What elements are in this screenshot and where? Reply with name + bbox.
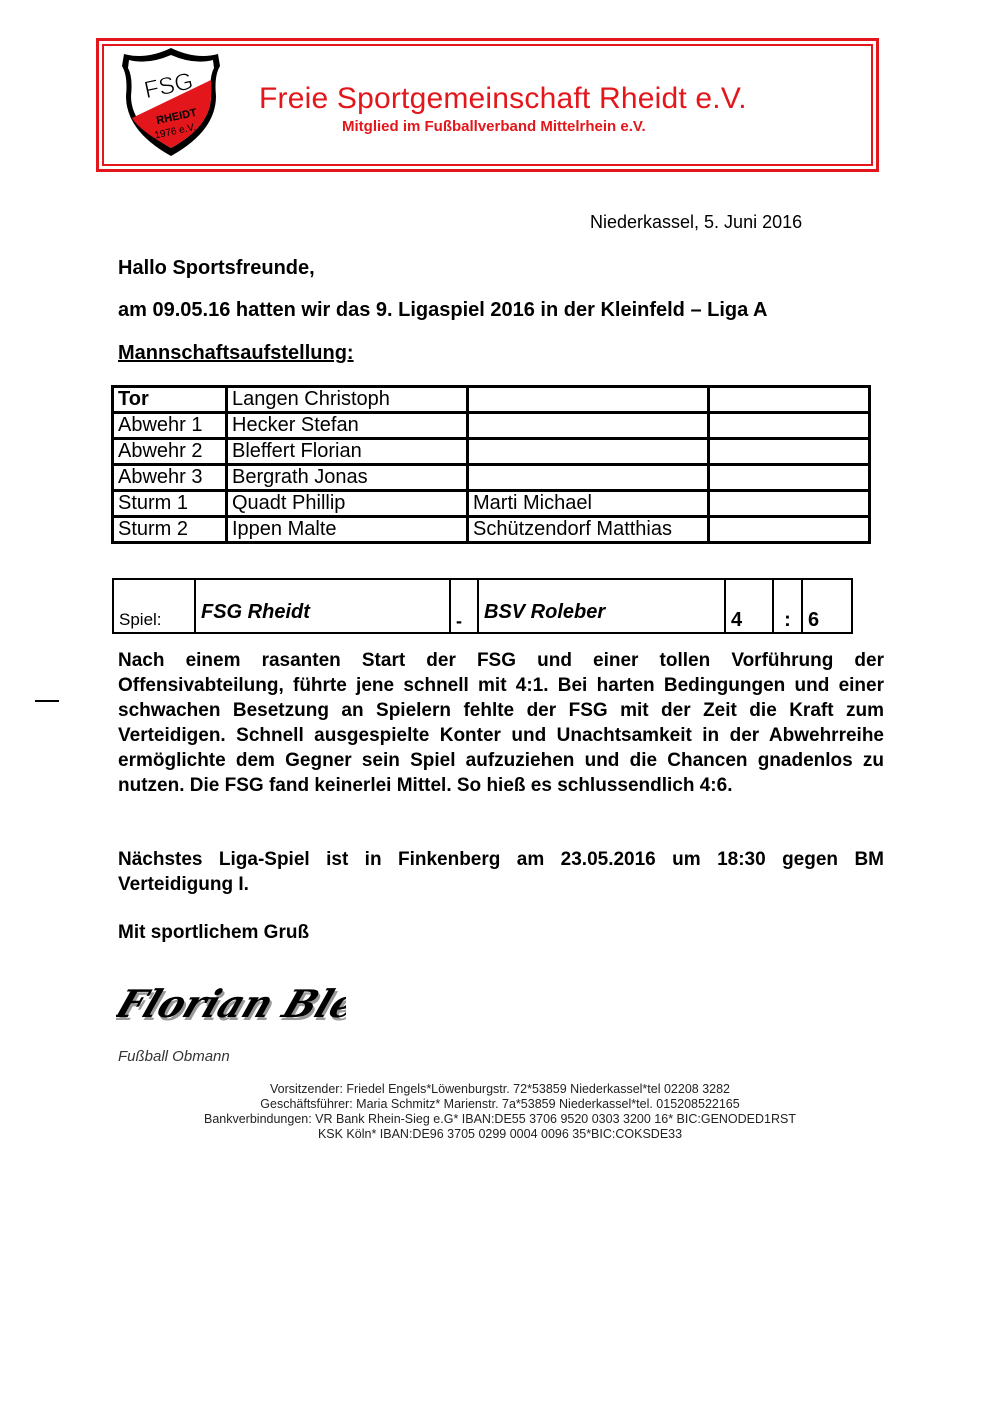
lineup-title: Mannschaftsaufstellung: (118, 342, 354, 365)
signature-role: Fußball Obmann (118, 1048, 230, 1065)
lineup-position: Sturm 2 (113, 517, 227, 543)
letterhead: FSG RHEIDT 1976 e.V. Freie Sportgemeinsc… (96, 38, 879, 172)
home-team: FSG Rheidt (195, 579, 450, 633)
lineup-extra (709, 439, 870, 465)
signature-icon: Florian Bleffert Florian Bleffert (116, 958, 346, 1038)
lineup-table: TorLangen ChristophAbwehr 1Hecker Stefan… (111, 385, 871, 544)
footer-line-manager: Geschäftsführer: Maria Schmitz* Marienst… (0, 1097, 992, 1112)
lineup-position: Abwehr 3 (113, 465, 227, 491)
footer: Vorsitzender: Friedel Engels*Löwenburgst… (0, 1082, 992, 1142)
lineup-position: Abwehr 1 (113, 413, 227, 439)
score-separator: : (773, 579, 802, 633)
footer-line-bank-vr: Bankverbindungen: VR Bank Rhein-Sieg e.G… (0, 1112, 992, 1127)
match-result-table: Spiel: FSG Rheidt - BSV Roleber 4 : 6 (112, 578, 853, 634)
lineup-substitute (468, 439, 709, 465)
home-score: 4 (725, 579, 773, 633)
lineup-substitute (468, 387, 709, 413)
lineup-player: Bergrath Jonas (227, 465, 468, 491)
lineup-extra (709, 517, 870, 543)
lineup-substitute: Marti Michael (468, 491, 709, 517)
lineup-extra (709, 387, 870, 413)
lineup-substitute: Schützendorf Matthias (468, 517, 709, 543)
away-team: BSV Roleber (478, 579, 725, 633)
match-row: Spiel: FSG Rheidt - BSV Roleber 4 : 6 (113, 579, 852, 633)
svg-text:Florian Bleffert: Florian Bleffert (116, 982, 346, 1027)
footer-line-bank-ksk: KSK Köln* IBAN:DE96 3705 0299 0004 0096 … (0, 1127, 992, 1142)
footer-line-chairman: Vorsitzender: Friedel Engels*Löwenburgst… (0, 1082, 992, 1097)
lineup-row: TorLangen Christoph (113, 387, 870, 413)
lineup-row: Sturm 2Ippen MalteSchützendorf Matthias (113, 517, 870, 543)
lineup-substitute (468, 413, 709, 439)
lineup-row: Sturm 1Quadt PhillipMarti Michael (113, 491, 870, 517)
lineup-row: Abwehr 3Bergrath Jonas (113, 465, 870, 491)
match-report: Nach einem rasanten Start der FSG und ei… (118, 648, 884, 798)
club-name: Freie Sportgemeinschaft Rheidt e.V. (259, 82, 747, 116)
lineup-player: Hecker Stefan (227, 413, 468, 439)
club-crest-shield-icon: FSG RHEIDT 1976 e.V. (116, 46, 226, 158)
lineup-substitute (468, 465, 709, 491)
lineup-row: Abwehr 2Bleffert Florian (113, 439, 870, 465)
margin-mark (35, 700, 59, 702)
lineup-extra (709, 465, 870, 491)
away-score: 6 (802, 579, 852, 633)
greeting: Hallo Sportsfreunde, (118, 257, 315, 280)
lineup-extra (709, 413, 870, 439)
next-match-info: Nächstes Liga-Spiel ist in Finkenberg am… (118, 847, 884, 897)
lineup-position: Sturm 1 (113, 491, 227, 517)
match-label: Spiel: (113, 579, 195, 633)
letterhead-inner-border: FSG RHEIDT 1976 e.V. Freie Sportgemeinsc… (102, 44, 873, 166)
lineup-player: Bleffert Florian (227, 439, 468, 465)
lineup-player: Langen Christoph (227, 387, 468, 413)
club-subtitle: Mitglied im Fußballverband Mittelrhein e… (342, 118, 646, 135)
lineup-row: Abwehr 1Hecker Stefan (113, 413, 870, 439)
lineup-player: Ippen Malte (227, 517, 468, 543)
lineup-player: Quadt Phillip (227, 491, 468, 517)
closing-salutation: Mit sportlichem Gruß (118, 922, 309, 944)
lineup-position: Tor (113, 387, 227, 413)
place-date: Niederkassel, 5. Juni 2016 (590, 212, 802, 233)
lineup-position: Abwehr 2 (113, 439, 227, 465)
intro-line: am 09.05.16 hatten wir das 9. Ligaspiel … (118, 299, 768, 322)
team-separator: - (450, 579, 478, 633)
lineup-extra (709, 491, 870, 517)
